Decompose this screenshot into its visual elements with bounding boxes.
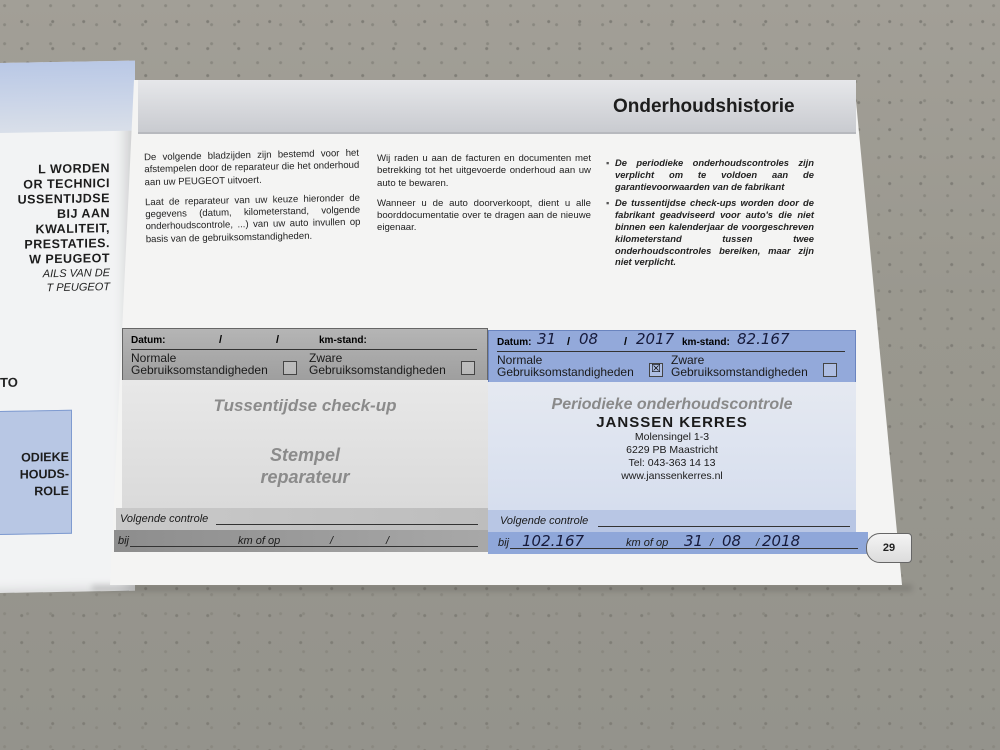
dealer-address: Molensingel 1-3 (488, 431, 856, 444)
date-year-value[interactable]: 2017 (636, 330, 674, 348)
interim-stamp-area: Tussentijdse check-up Stempel reparateur (122, 380, 488, 508)
left-page-blue-box: ODIEKE HOUDS- ROLE (0, 410, 72, 535)
dealer-stamp: JANSSEN KERRES Molensingel 1-3 6229 PB M… (488, 414, 856, 483)
left-page-header-band (0, 61, 135, 134)
heavy-conditions-checkbox[interactable] (461, 361, 475, 375)
km-stand-label: km-stand: (319, 335, 367, 346)
next-control-row: Volgende controle (116, 508, 488, 530)
date-km-field (497, 351, 845, 352)
date-km-field[interactable] (131, 349, 477, 350)
heavy-conditions-label: ZwareGebruiksomstandigheden (671, 354, 808, 378)
date-day-value[interactable]: 31 (537, 330, 556, 348)
normal-conditions-checkbox-checked[interactable]: ☒ (649, 363, 663, 377)
dealer-city: 6229 PB Maastricht (488, 444, 856, 457)
bullet-item: ▪De tussentijdse check-ups worden door d… (606, 197, 814, 268)
next-control-row: Volgende controle (488, 510, 856, 532)
km-stand-label: km-stand: (682, 337, 730, 348)
interim-form-header: Datum: / / km-stand: NormaleGebruiksomst… (122, 328, 488, 382)
heavy-conditions-label: ZwareGebruiksomstandigheden (309, 352, 446, 376)
next-control-label: Volgende controle (120, 513, 208, 525)
page-title: Onderhoudshistorie (613, 96, 795, 118)
date-separator: / (330, 535, 333, 547)
km-or-on-label: km of op (238, 535, 280, 547)
normal-conditions-label: NormaleGebruiksomstandigheden (131, 352, 268, 376)
intro-column-3: ▪De periodieke onderhoudscontroles zijn … (606, 157, 814, 273)
bullet-item: ▪De periodieke onderhoudscontroles zijn … (606, 157, 814, 192)
dealer-name: JANSSEN KERRES (488, 414, 856, 431)
interim-checkup-form: Datum: / / km-stand: NormaleGebruiksomst… (104, 328, 488, 558)
date-separator: / (276, 334, 279, 346)
next-date-year[interactable]: 2018 (762, 532, 800, 550)
at-label: bij (118, 535, 129, 547)
page-number-tab: 29 (866, 533, 912, 563)
intro-column-2: Wij raden u aan de facturen en documente… (377, 153, 591, 243)
periodic-maintenance-form: Datum: 31 / 08 / 2017 km-stand: 82.167 N… (488, 330, 868, 560)
date-separator: / (710, 537, 713, 549)
page-shadow (92, 585, 912, 591)
left-page-box-text: ODIEKE HOUDS- ROLE (0, 449, 69, 501)
date-separator: / (756, 537, 759, 549)
periodic-title: Periodieke onderhoudscontrole (488, 396, 856, 414)
next-control-line[interactable] (598, 526, 850, 527)
date-month-value[interactable]: 08 (579, 330, 598, 348)
at-label: bij (498, 537, 509, 549)
heavy-conditions-checkbox[interactable] (823, 363, 837, 377)
normal-conditions-checkbox[interactable] (283, 361, 297, 375)
date-separator: / (624, 336, 627, 348)
date-label: Datum: (497, 337, 531, 348)
date-separator: / (567, 336, 570, 348)
periodic-form-header: Datum: 31 / 08 / 2017 km-stand: 82.167 N… (488, 330, 856, 384)
date-separator: / (219, 334, 222, 346)
intro-column-1: De volgende bladzijden zijn bestemd voor… (144, 148, 361, 255)
next-at-row: bij km of op / / (114, 530, 488, 552)
dealer-website: www.janssenkerres.nl (488, 470, 856, 483)
next-date-month[interactable]: 08 (722, 532, 741, 550)
interim-title: Tussentijdse check-up (122, 396, 488, 416)
next-control-label: Volgende controle (500, 515, 588, 527)
bullet-icon: ▪ (606, 157, 615, 192)
date-label: Datum: (131, 335, 165, 346)
date-separator: / (386, 535, 389, 547)
left-page-heading-fragment: TO (0, 375, 18, 390)
left-page-italic-text: AILS VAN DE T PEUGEOT (2, 266, 110, 296)
next-date-day[interactable]: 31 (684, 532, 703, 550)
stamp-placeholder: Stempel reparateur (122, 444, 488, 488)
km-or-on-label: km of op (626, 537, 668, 549)
km-stand-value[interactable]: 82.167 (737, 330, 790, 348)
periodic-stamp-area: Periodieke onderhoudscontrole JANSSEN KE… (488, 382, 856, 510)
next-control-line[interactable] (216, 524, 478, 525)
bullet-icon: ▪ (606, 197, 615, 268)
dealer-phone: Tel: 043-363 14 13 (488, 457, 856, 470)
left-page-body-text: L WORDEN OR TECHNICI USSENTIJDSE BIJ AAN… (2, 161, 110, 268)
next-km-date-line[interactable] (130, 546, 478, 547)
normal-conditions-label: NormaleGebruiksomstandigheden (497, 354, 634, 378)
next-at-row: bij 102.167 km of op 31 / 08 / 2018 (488, 532, 868, 554)
